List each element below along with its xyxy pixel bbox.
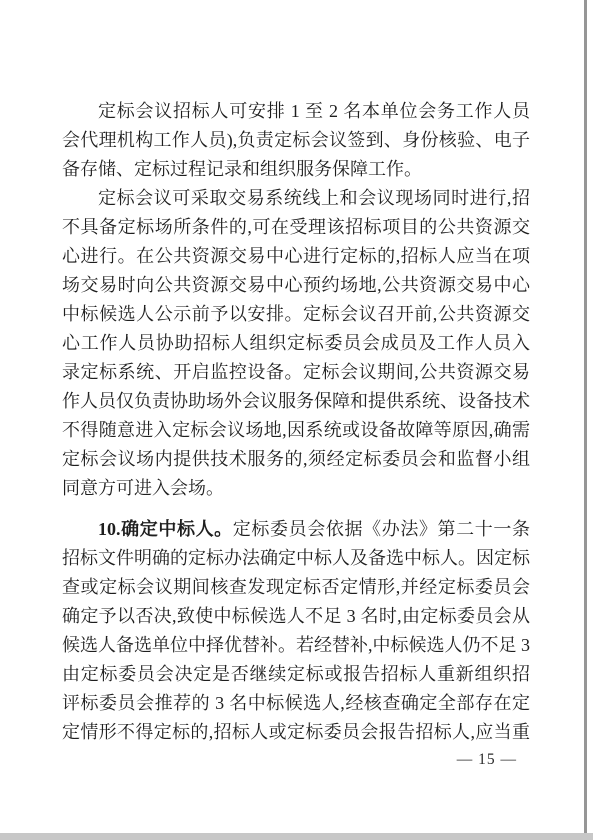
paragraph-meeting-staff: 定标会议招标人可安排 1 至 2 名本单位会务工作人员(或社 会代理机构工作人员… bbox=[62, 97, 530, 184]
section-heading: 10.确定中标人。 bbox=[98, 519, 233, 539]
text-line: 作人员仅负责协助场外会议服务保障和提供系统、设备技术支持, bbox=[62, 387, 530, 416]
text-line: 由定标委员会决定是否继续定标或报告招标人重新组织招标。若 bbox=[62, 660, 530, 689]
text-line: 录定标系统、开启监控设备。定标会议期间,公共资源交易中心工 bbox=[62, 358, 530, 387]
document-text: 定标会议招标人可安排 1 至 2 名本单位会务工作人员(或社 会代理机构工作人员… bbox=[62, 97, 530, 747]
text-line: 评标委员会推荐的 3 名中标候选人,经核查确定全部存在定标否 bbox=[62, 689, 530, 718]
text-line: 心进行。在公共资源交易中心进行定标的,招标人应当在项目进 bbox=[62, 242, 530, 271]
text-line: 候选人备选单位中择优替补。若经替补,中标候选人仍不足 3 名, bbox=[62, 631, 530, 660]
paragraph-determine-winner: 10.确定中标人。定标委员会依据《办法》第二十一条规定及 招标文件明确的定标办法… bbox=[62, 515, 530, 747]
text-line: 心工作人员协助招标人组织定标委员会成员及工作人员入场、登 bbox=[62, 329, 530, 358]
text-line: 同意方可进入会场。 bbox=[62, 474, 530, 503]
text-line: 备存储、定标过程记录和组织服务保障工作。 bbox=[62, 155, 530, 184]
text-line: 定情形不得定标的,招标人或定标委员会报告招标人,应当重新组 bbox=[62, 718, 530, 747]
paragraph-meeting-venue: 定标会议可采取交易系统线上和会议现场同时进行,招标人 不具备定标场所条件的,可在… bbox=[62, 184, 530, 503]
text-line: 确定予以否决,致使中标候选人不足 3 名时,由定标委员会从中标 bbox=[62, 602, 530, 631]
text-line: 查或定标会议期间核查发现定标否定情形,并经定标委员会审议 bbox=[62, 573, 530, 602]
text-line: 定标会议招标人可安排 1 至 2 名本单位会务工作人员(或社 bbox=[62, 97, 530, 126]
text-line: 会代理机构工作人员),负责定标会议签到、身份核验、电子通讯设 bbox=[62, 126, 530, 155]
text-line: 不得随意进入定标会议场地,因系统或设备故障等原因,确需进入 bbox=[62, 416, 530, 445]
document-page: 定标会议招标人可安排 1 至 2 名本单位会务工作人员(或社 会代理机构工作人员… bbox=[0, 0, 593, 840]
text-line: 不具备定标场所条件的,可在受理该招标项目的公共资源交易中 bbox=[62, 213, 530, 242]
text-line: 中标候选人公示前予以安排。定标会议召开前,公共资源交易中 bbox=[62, 300, 530, 329]
text-line: 招标文件明确的定标办法确定中标人及备选中标人。因定标前核 bbox=[62, 544, 530, 573]
page-scan-bottom-edge bbox=[0, 833, 593, 840]
page-scan-right-edge bbox=[584, 0, 587, 833]
text-line: 定标会议可采取交易系统线上和会议现场同时进行,招标人 bbox=[62, 184, 530, 213]
page-number: — 15 — bbox=[62, 751, 517, 769]
text-line: 定标会议场内提供技术服务的,须经定标委员会和监督小组现场 bbox=[62, 445, 530, 474]
text-line: 10.确定中标人。定标委员会依据《办法》第二十一条规定及 bbox=[62, 515, 530, 544]
text-line: 场交易时向公共资源交易中心预约场地,公共资源交易中心要在 bbox=[62, 271, 530, 300]
